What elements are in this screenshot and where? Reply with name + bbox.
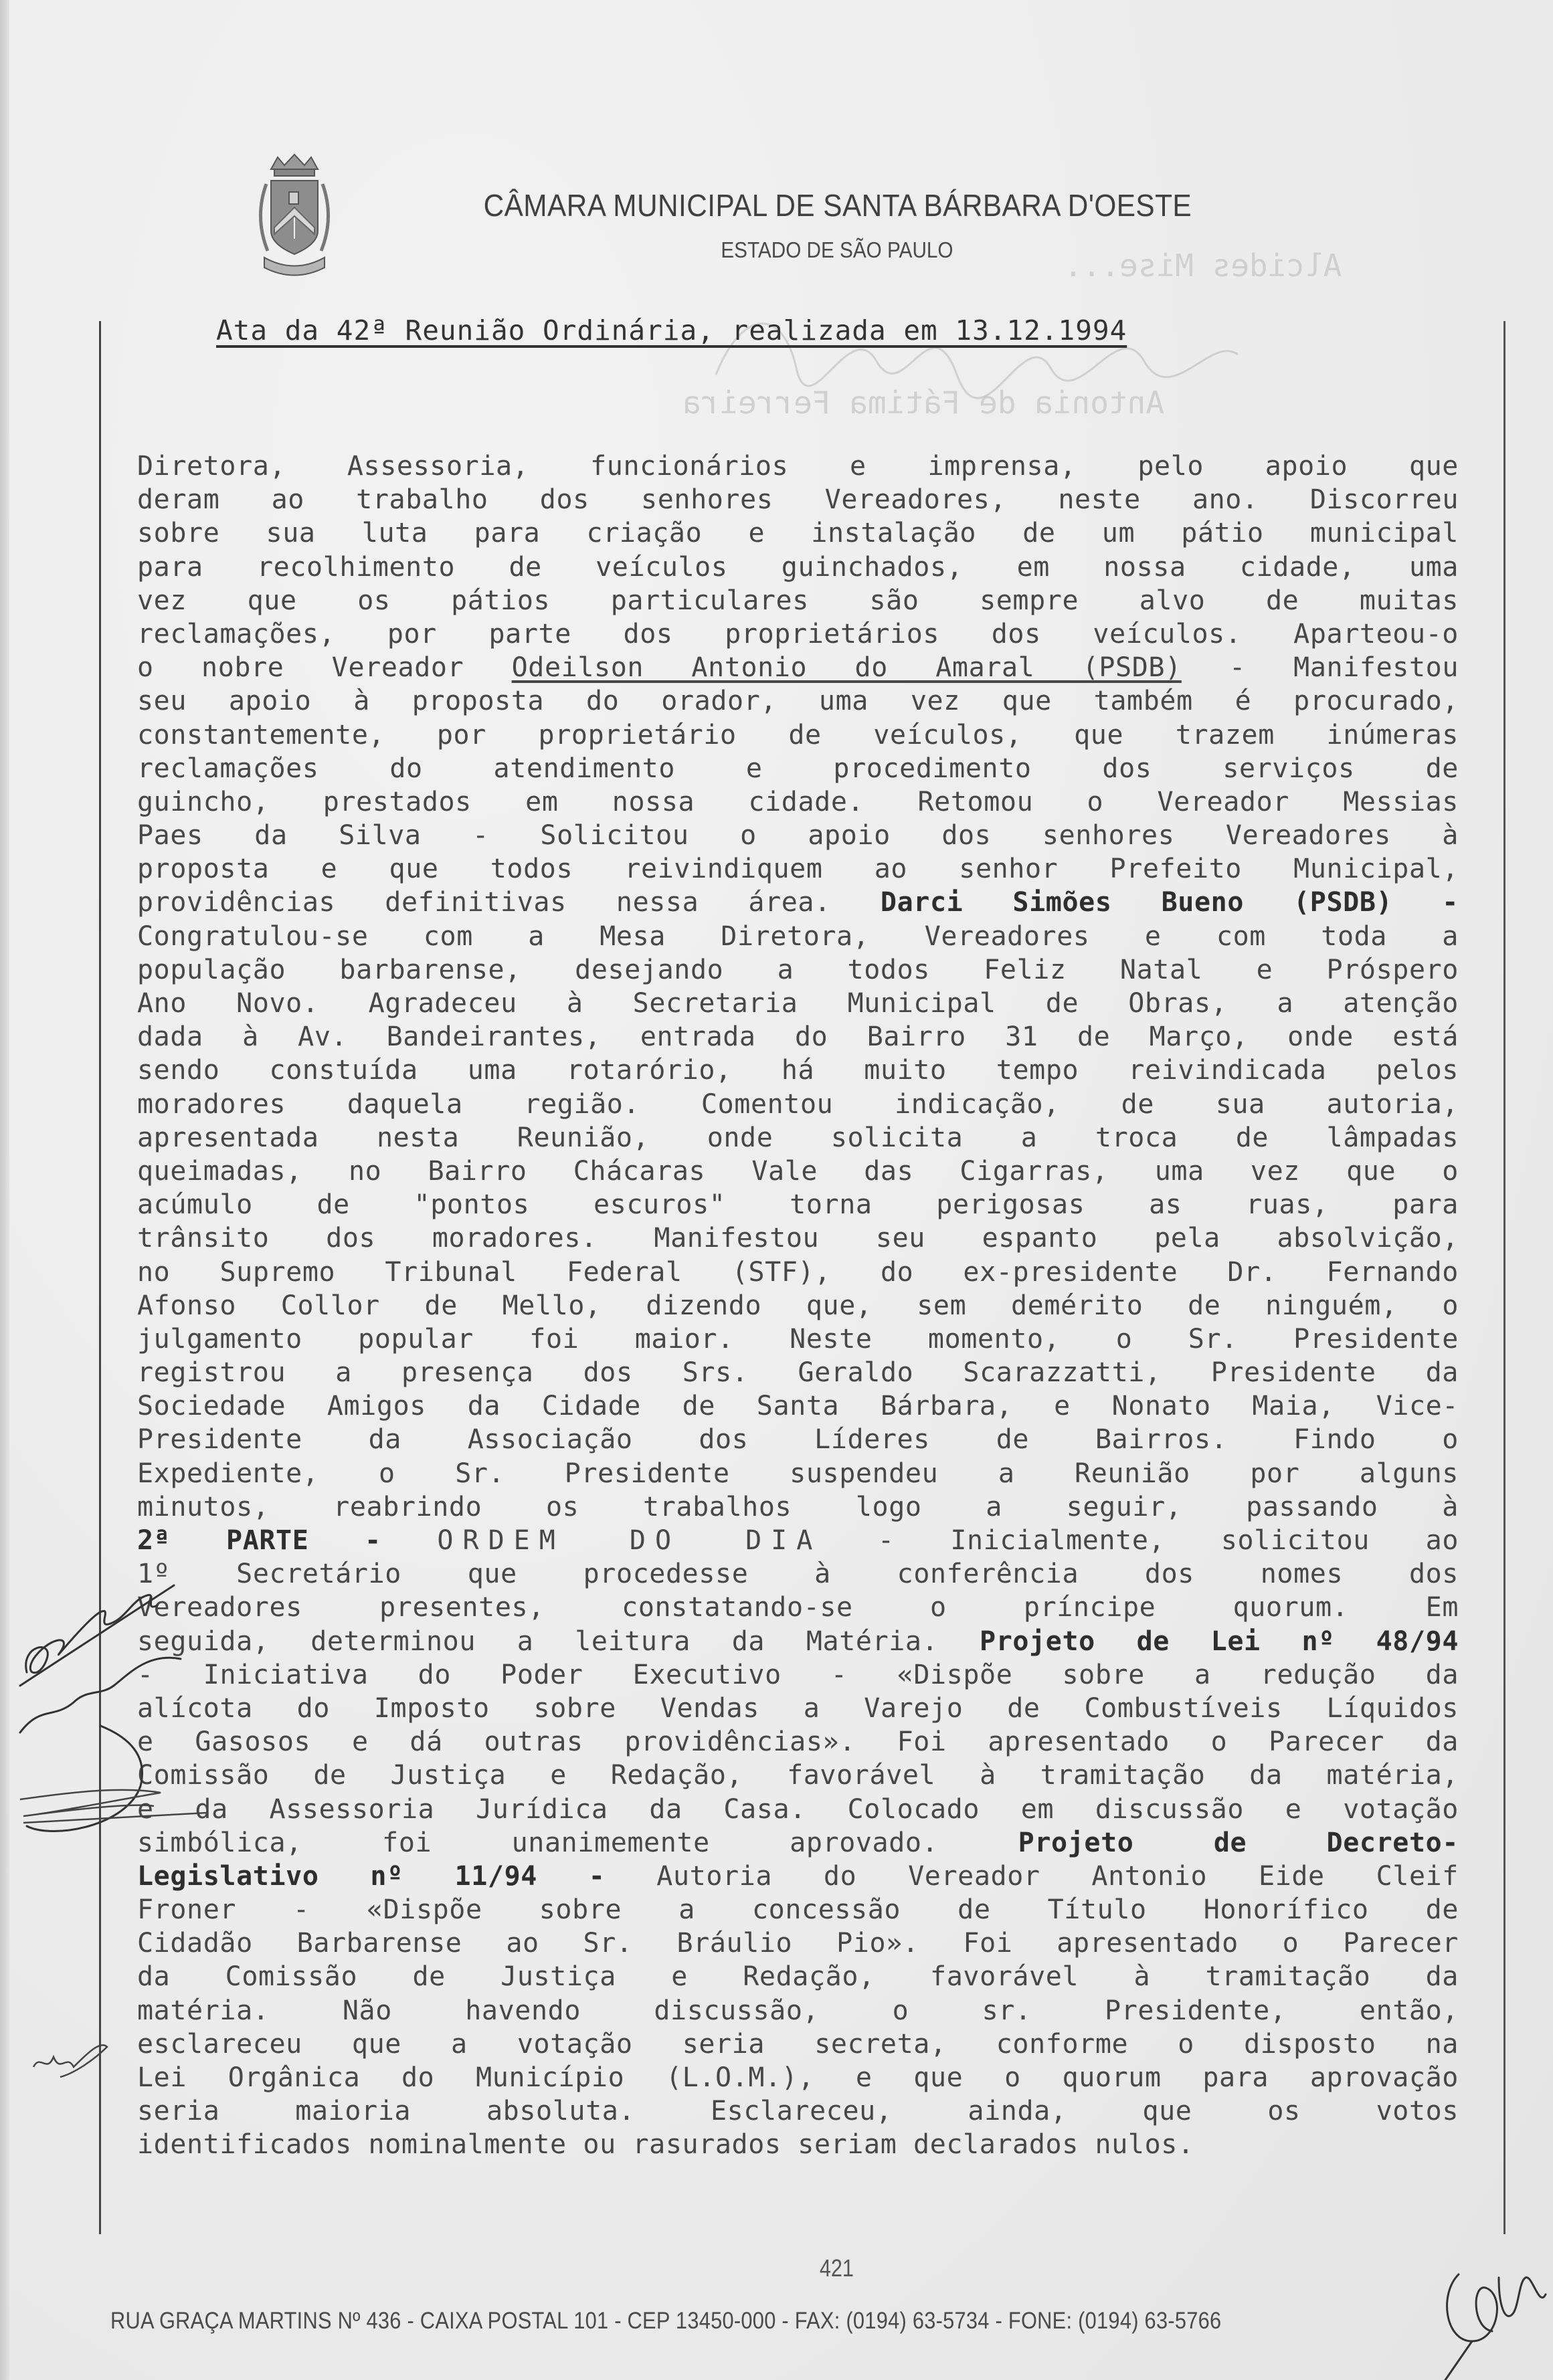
text-run: no Supremo Tribunal Federal (STF), do ex… — [137, 1257, 1459, 1288]
text-line: registrou a presença dos Srs. Geraldo Sc… — [137, 1356, 1459, 1389]
minutes-body: Diretora, Assessoria, funcionários e imp… — [137, 450, 1459, 2162]
text-run: Sociedade Amigos da Cidade de Santa Bárb… — [137, 1391, 1459, 1421]
institution-name: CÂMARA MUNICIPAL DE SANTA BÁRBARA D'OEST… — [65, 187, 1493, 223]
text-run: vez que os pátios particulares são sempr… — [137, 585, 1459, 616]
text-line: para recolhimento de veículos guinchados… — [137, 551, 1459, 584]
underlined-run: Odeilson Antonio do Amaral (PSDB) — [512, 652, 1182, 683]
text-run: identificados nominalmente ou rasurados … — [137, 2129, 1194, 2160]
text-line: Paes da Silva - Solicitou o apoio dos se… — [137, 819, 1459, 852]
bold-run: Projeto de Decreto- — [1018, 1827, 1459, 1858]
text-line: Legislativo nº 11/94 - Autoria do Veread… — [137, 1860, 1459, 1893]
text-line: Ano Novo. Agradeceu à Secretaria Municip… — [137, 987, 1459, 1020]
text-run: Expediente, o Sr. Presidente suspendeu a… — [137, 1458, 1459, 1489]
text-line: Vereadores presentes, constatando-se o p… — [137, 1591, 1459, 1624]
text-line: população barbarense, desejando a todos … — [137, 953, 1459, 987]
text-line: simbólica, foi unanimemente aprovado. Pr… — [137, 1826, 1459, 1860]
text-line: sendo constuída uma rotarório, há muito … — [137, 1054, 1459, 1087]
text-line: guincho, prestados em nossa cidade. Reto… — [137, 785, 1459, 819]
margin-rule-left — [99, 321, 101, 2234]
text-line: apresentada nesta Reunião, onde solicita… — [137, 1121, 1459, 1155]
text-run: população barbarense, desejando a todos … — [137, 955, 1459, 985]
text-run: - Iniciativa do Poder Executivo - «Dispõ… — [137, 1660, 1459, 1690]
text-run: queimadas, no Bairro Chácaras Vale das C… — [137, 1156, 1459, 1187]
text-run: Congratulou-se com a Mesa Diretora, Vere… — [137, 921, 1459, 952]
text-line: vez que os pátios particulares são sempr… — [137, 584, 1459, 617]
bold-run: Projeto de Lei nº 48/94 — [980, 1626, 1459, 1657]
text-line: esclareceu que a votação seria secreta, … — [137, 2027, 1459, 2061]
text-run: sendo constuída uma rotarório, há muito … — [137, 1055, 1459, 1086]
text-run: dada à Av. Bandeirantes, entrada do Bair… — [137, 1021, 1459, 1052]
text-line: - Iniciativa do Poder Executivo - «Dispõ… — [137, 1658, 1459, 1692]
text-line: e da Assessoria Jurídica da Casa. Coloca… — [137, 1793, 1459, 1826]
text-run: Presidente da Associação dos Líderes de … — [137, 1424, 1459, 1455]
text-run: 1º Secretário que procedesse à conferênc… — [137, 1559, 1459, 1589]
text-run: apresentada nesta Reunião, onde solicita… — [137, 1122, 1459, 1153]
text-run: reclamações, por parte dos proprietários… — [137, 619, 1459, 650]
text-run: Paes da Silva - Solicitou o apoio dos se… — [137, 820, 1459, 851]
text-run: matéria. Não havendo discussão, o sr. Pr… — [137, 1995, 1459, 2026]
text-run: alícota do Imposto sobre Vendas a Varejo… — [137, 1693, 1459, 1724]
text-run: reclamações do atendimento e procediment… — [137, 753, 1459, 784]
bold-run: 2ª PARTE - — [137, 1525, 437, 1556]
text-line: julgamento popular foi maior. Neste mome… — [137, 1322, 1459, 1356]
text-line: providências definitivas nessa área. Dar… — [137, 886, 1459, 919]
text-run: o nobre Vereador — [137, 652, 512, 683]
text-line: Froner - «Dispõe sobre a concessão de Tí… — [137, 1893, 1459, 1926]
text-line: e Gasosos e dá outras providências». Foi… — [137, 1725, 1459, 1759]
text-run: Cidadão Barbarense ao Sr. Bráulio Pio». … — [137, 1928, 1459, 1959]
text-line: Congratulou-se com a Mesa Diretora, Vere… — [137, 920, 1459, 953]
text-run: - Manifestou — [1182, 652, 1459, 683]
text-run: Lei Orgânica do Município (L.O.M.), e qu… — [137, 2062, 1459, 2093]
text-line: seguida, determinou a leitura da Matéria… — [137, 1625, 1459, 1658]
text-run: Comissão de Justiça e Redação, favorável… — [137, 1760, 1459, 1791]
text-line: Diretora, Assessoria, funcionários e imp… — [137, 450, 1459, 483]
text-run: julgamento popular foi maior. Neste mome… — [137, 1324, 1459, 1355]
text-line: Sociedade Amigos da Cidade de Santa Bárb… — [137, 1389, 1459, 1423]
text-run: constantemente, por proprietário de veíc… — [137, 720, 1459, 751]
text-line: matéria. Não havendo discussão, o sr. Pr… — [137, 1994, 1459, 2027]
text-run: seria maioria absoluta. Esclareceu, aind… — [137, 2096, 1459, 2126]
text-line: acúmulo de "pontos escuros" torna perigo… — [137, 1188, 1459, 1221]
text-run: e da Assessoria Jurídica da Casa. Coloca… — [137, 1794, 1459, 1825]
text-line: identificados nominalmente ou rasurados … — [137, 2128, 1459, 2161]
footer-address: RUA GRAÇA MARTINS Nº 436 - CAIXA POSTAL … — [110, 2308, 1221, 2335]
text-run: e Gasosos e dá outras providências». Foi… — [137, 1726, 1459, 1757]
text-line: minutos, reabrindo os trabalhos logo a s… — [137, 1490, 1459, 1524]
text-run: guincho, prestados em nossa cidade. Reto… — [137, 787, 1459, 817]
text-line: o nobre Vereador Odeilson Antonio do Ama… — [137, 651, 1459, 684]
text-run: trânsito dos moradores. Manifestou seu e… — [137, 1223, 1459, 1254]
text-run: esclareceu que a votação seria secreta, … — [137, 2029, 1459, 2060]
text-line: constantemente, por proprietário de veíc… — [137, 718, 1459, 752]
text-run: acúmulo de "pontos escuros" torna perigo… — [137, 1189, 1459, 1220]
bold-run: Legislativo nº 11/94 - — [137, 1861, 605, 1892]
text-run: moradores daquela região. Comentou indic… — [137, 1089, 1459, 1120]
page-number: 421 — [126, 2254, 1446, 2282]
text-line: moradores daquela região. Comentou indic… — [137, 1088, 1459, 1121]
text-line: alícota do Imposto sobre Vendas a Varejo… — [137, 1692, 1459, 1725]
text-run: Diretora, Assessoria, funcionários e imp… — [137, 451, 1459, 482]
bleed-through-signature-icon — [703, 294, 1251, 401]
text-run: simbólica, foi unanimemente aprovado. — [137, 1827, 1018, 1858]
text-run: seguida, determinou a leitura da Matéria… — [137, 1626, 980, 1657]
text-line: Presidente da Associação dos Líderes de … — [137, 1423, 1459, 1456]
text-run: Froner - «Dispõe sobre a concessão de Tí… — [137, 1894, 1459, 1925]
text-run: sobre sua luta para criação e instalação… — [137, 518, 1459, 549]
text-run: Afonso Collor de Mello, dizendo que, sem… — [137, 1290, 1459, 1321]
text-line: trânsito dos moradores. Manifestou seu e… — [137, 1221, 1459, 1255]
text-line: queimadas, no Bairro Chácaras Vale das C… — [137, 1155, 1459, 1188]
text-line: Cidadão Barbarense ao Sr. Bráulio Pio». … — [137, 1926, 1459, 1960]
text-line: 1º Secretário que procedesse à conferênc… — [137, 1557, 1459, 1591]
text-run: proposta e que todos reivindiquem ao sen… — [137, 854, 1459, 884]
text-line: no Supremo Tribunal Federal (STF), do ex… — [137, 1256, 1459, 1289]
text-line: da Comissão de Justiça e Redação, favorá… — [137, 1960, 1459, 1993]
binding-edge — [0, 0, 9, 2380]
text-line: dada à Av. Bandeirantes, entrada do Bair… — [137, 1020, 1459, 1054]
minutes-title: Ata da 42ª Reunião Ordinária, realizada … — [216, 314, 1127, 346]
text-run: - Inicialmente, solicitou ao — [822, 1525, 1459, 1556]
text-line: 2ª PARTE - ORDEM DO DIA - Inicialmente, … — [137, 1524, 1459, 1557]
bold-run: Darci Simões Bueno (PSDB) - — [881, 887, 1459, 918]
text-run: seu apoio à proposta do orador, uma vez … — [137, 686, 1459, 716]
text-run: da Comissão de Justiça e Redação, favorá… — [137, 1961, 1459, 1992]
text-line: reclamações do atendimento e procediment… — [137, 752, 1459, 785]
text-line: Expediente, o Sr. Presidente suspendeu a… — [137, 1457, 1459, 1490]
text-run: deram ao trabalho dos senhores Vereadore… — [137, 484, 1459, 515]
text-run: registrou a presença dos Srs. Geraldo Sc… — [137, 1357, 1459, 1388]
text-line: reclamações, por parte dos proprietários… — [137, 617, 1459, 651]
margin-rule-right — [1503, 321, 1505, 2234]
text-line: Comissão de Justiça e Redação, favorável… — [137, 1759, 1459, 1792]
text-line: proposta e que todos reivindiquem ao sen… — [137, 852, 1459, 886]
text-line: Afonso Collor de Mello, dizendo que, sem… — [137, 1289, 1459, 1322]
text-line: sobre sua luta para criação e instalação… — [137, 516, 1459, 550]
text-run: Autoria do Vereador Antonio Eide Cleif — [605, 1861, 1459, 1892]
text-run: Ano Novo. Agradeceu à Secretaria Municip… — [137, 988, 1459, 1019]
text-line: deram ao trabalho dos senhores Vereadore… — [137, 483, 1459, 516]
text-line: seria maioria absoluta. Esclareceu, aind… — [137, 2094, 1459, 2128]
text-run: ORDEM DO DIA — [437, 1525, 822, 1556]
state-name: ESTADO DE SÃO PAULO — [81, 237, 1479, 263]
text-line: seu apoio à proposta do orador, uma vez … — [137, 684, 1459, 718]
text-line: Lei Orgânica do Município (L.O.M.), e qu… — [137, 2061, 1459, 2094]
text-run: para recolhimento de veículos guinchados… — [137, 552, 1459, 583]
text-run: minutos, reabrindo os trabalhos logo a s… — [137, 1492, 1459, 1522]
text-run: Vereadores presentes, constatando-se o p… — [137, 1592, 1459, 1623]
text-run: providências definitivas nessa área. — [137, 887, 881, 918]
